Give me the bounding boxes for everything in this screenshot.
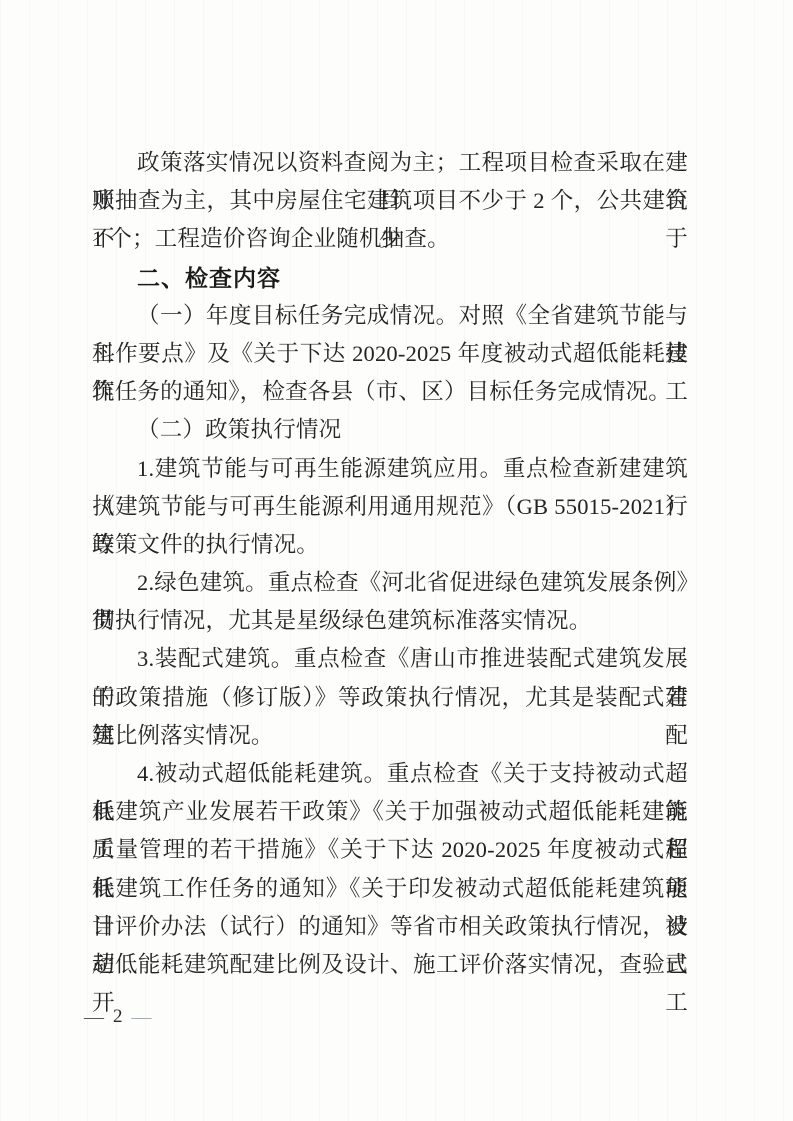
page-number-dash-left: —	[84, 1005, 104, 1029]
para-item-1-energy-saving: 1.建筑节能与可再生能源建筑应用。重点检查新建建筑执行《建筑节能与可再生能源利用…	[92, 450, 688, 565]
text-line: 《建筑节能与可再生能源利用通用规范》（GB 55015-2021）等	[92, 488, 688, 526]
text-line: 4.被动式超低能耗建筑。重点检查《关于支持被动式超低能	[92, 755, 688, 793]
text-line: 耗建筑工作任务的通知》《关于印发被动式超低能耗建筑项目设	[92, 870, 688, 908]
text-line: 2.绿色建筑。重点检查《河北省促进绿色建筑发展条例》贯	[92, 564, 688, 602]
text-line: 政策落实情况以资料查阅为主；工程项目检查采取在建项目台	[92, 144, 688, 182]
text-line: 质量管理的若干措施》《关于下达 2020-2025 年度被动式超低能	[92, 831, 688, 869]
para-item-3-prefabricated-building: 3.装配式建筑。重点检查《唐山市推进装配式建筑发展的若干政策措施（修订版）》等政…	[92, 640, 688, 755]
text-line: 计评价办法（试行）的通知》等省市相关政策执行情况，被动式	[92, 908, 688, 946]
text-line: （二）政策执行情况	[92, 411, 688, 449]
document-page: 政策落实情况以资料查阅为主；工程项目检查采取在建项目台账抽查为主，其中房屋住宅建…	[0, 0, 793, 1121]
text-line: 耗建筑产业发展若干政策》《关于加强被动式超低能耗建筑工程	[92, 793, 688, 831]
text-line: 1.建筑节能与可再生能源建筑应用。重点检查新建建筑执行	[92, 450, 688, 488]
document-body: 政策落实情况以资料查阅为主；工程项目检查采取在建项目台账抽查为主，其中房屋住宅建…	[92, 144, 688, 984]
page-footer: — 2 —	[84, 1005, 152, 1029]
text-line: （一）年度目标任务完成情况。对照《全省建筑节能与科技	[92, 297, 688, 335]
text-line: 作任务的通知》，检查各县（市、区）目标任务完成情况。	[92, 373, 688, 411]
text-line: 二、检查内容	[92, 259, 688, 297]
text-line: 超低能耗建筑配建比例及设计、施工评价落实情况，查验已开工	[92, 946, 688, 984]
para-item-4-passive-ultra-low-energy: 4.被动式超低能耗建筑。重点检查《关于支持被动式超低能耗建筑产业发展若干政策》《…	[92, 755, 688, 984]
subheading-policy-implementation: （二）政策执行情况	[92, 411, 688, 449]
text-line: 干政策措施（修订版）》等政策执行情况，尤其是装配式建筑配	[92, 679, 688, 717]
text-line: 彻执行情况，尤其是星级绿色建筑标准落实情况。	[92, 602, 688, 640]
page-number: 2	[113, 1005, 123, 1029]
para-item-2-green-building: 2.绿色建筑。重点检查《河北省促进绿色建筑发展条例》贯彻执行情况，尤其是星级绿色…	[92, 564, 688, 640]
heading-section-two: 二、检查内容	[92, 259, 688, 297]
text-line: 政策文件的执行情况。	[92, 526, 688, 564]
para-inspection-method: 政策落实情况以资料查阅为主；工程项目检查采取在建项目台账抽查为主，其中房屋住宅建…	[92, 144, 688, 259]
text-line: 工作要点》及《关于下达 2020-2025 年度被动式超低能耗建筑工	[92, 335, 688, 373]
para-annual-target-completion: （一）年度目标任务完成情况。对照《全省建筑节能与科技工作要点》及《关于下达 20…	[92, 297, 688, 412]
text-line: 账抽查为主，其中房屋住宅建筑项目不少于 2 个，公共建筑不少于	[92, 182, 688, 220]
text-line: 3.装配式建筑。重点检查《唐山市推进装配式建筑发展的若	[92, 640, 688, 678]
page-number-dash-right: —	[132, 1005, 152, 1029]
